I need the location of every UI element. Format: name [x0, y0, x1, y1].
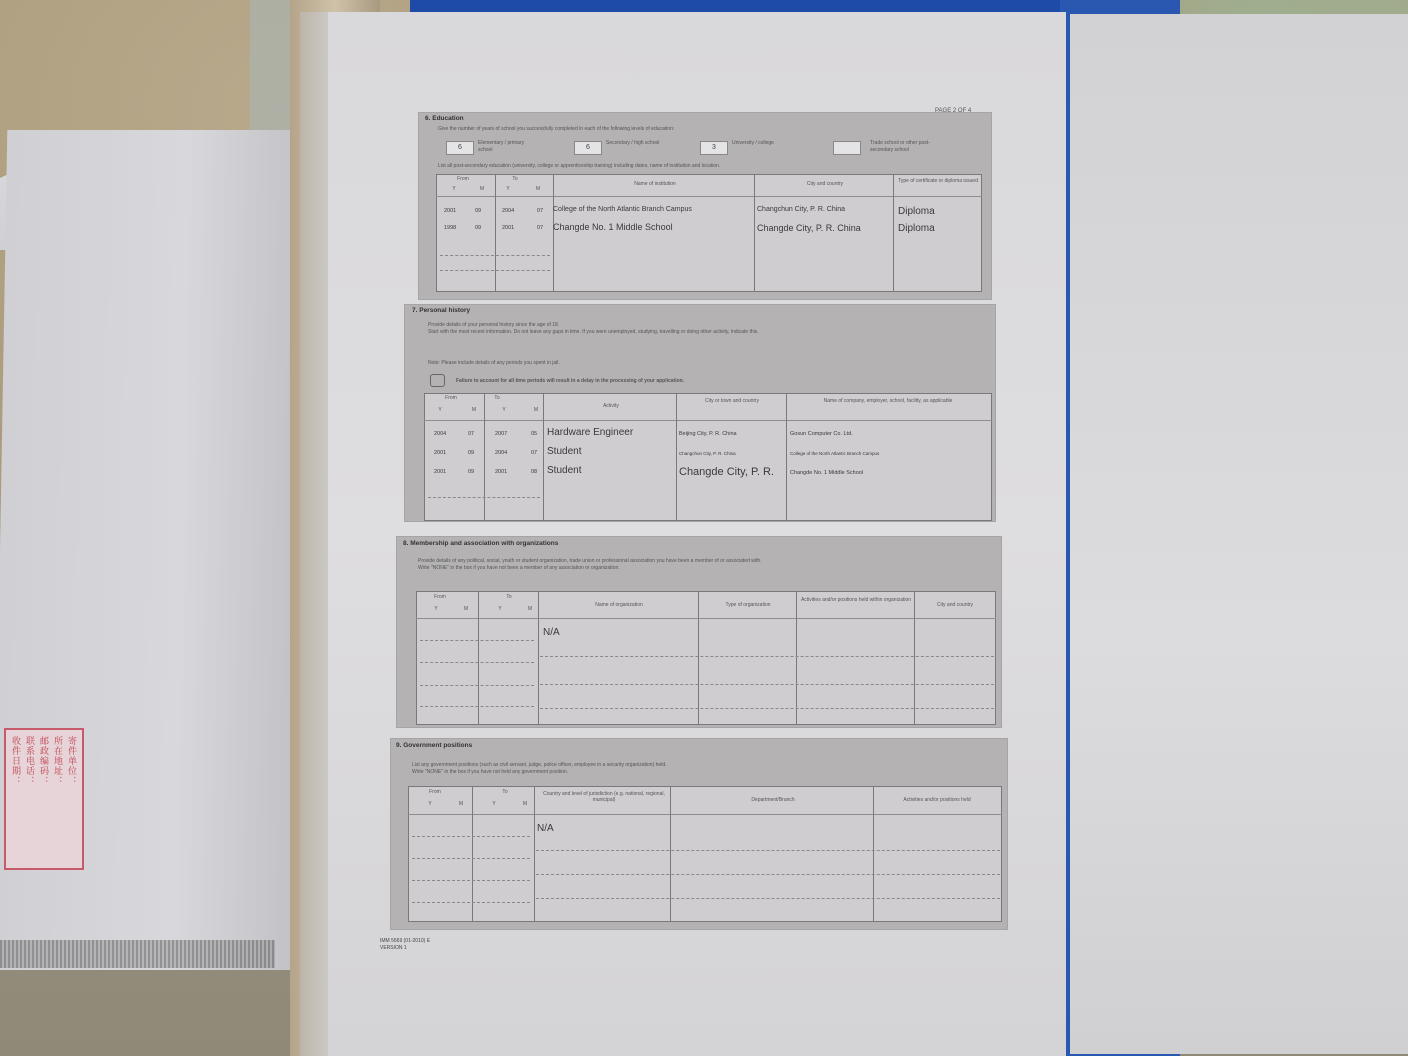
to-month[interactable]: 05 — [531, 431, 537, 437]
header-m: M — [453, 801, 469, 807]
header-company: Name of company, employer, school, facil… — [790, 398, 986, 404]
header-to: To — [500, 176, 530, 182]
certificate[interactable]: Diploma — [898, 223, 935, 234]
university-label: University / college — [732, 140, 792, 147]
certificate[interactable]: Diploma — [898, 206, 935, 217]
to-year[interactable]: 2004 — [495, 450, 507, 456]
envelope-band — [0, 940, 275, 968]
from-month[interactable]: 09 — [468, 450, 474, 456]
envelope-stamp: 收件日期： 联系电话： 邮政编码： 所在地址： 寄件单位： — [4, 728, 84, 870]
stamp-line: 所在地址： — [52, 736, 64, 862]
header-country: Country and level of jurisdiction (e.g. … — [540, 791, 668, 803]
header-m: M — [458, 606, 474, 612]
stamp-line: 寄件单位： — [66, 736, 78, 862]
stamp-line: 邮政编码： — [38, 736, 50, 862]
from-year[interactable]: 2001 — [434, 450, 446, 456]
personal-history-title: 7. Personal history — [412, 307, 470, 314]
to-month[interactable]: 08 — [531, 469, 537, 475]
header-institution: Name of institution — [560, 181, 750, 187]
activity[interactable]: Hardware Engineer — [547, 427, 633, 438]
header-m: M — [522, 606, 538, 612]
activity[interactable]: Student — [547, 446, 581, 457]
header-city: City and country — [760, 181, 890, 187]
header-from: From — [420, 789, 450, 795]
stamp-line: 收件日期： — [10, 736, 22, 862]
header-from: From — [436, 395, 466, 401]
header-department: Department/Branch — [676, 797, 870, 803]
warning-text: Failure to account for all time periods … — [456, 378, 856, 385]
form-footer: IMM 5669 (01-2010) E VERSION 1 — [380, 938, 430, 952]
university-years[interactable]: 3 — [700, 141, 728, 155]
trade-school-years[interactable] — [833, 141, 861, 155]
header-activities: Activities and/or positions held — [876, 797, 998, 803]
personal-history-intro: Provide details of your personal history… — [428, 322, 984, 336]
from-year[interactable]: 1998 — [444, 225, 456, 231]
to-year[interactable]: 2001 — [495, 469, 507, 475]
header-certificate: Type of certificate or diploma issued — [898, 178, 978, 184]
education-table-intro: List all post-secondary education (unive… — [438, 163, 938, 170]
company[interactable]: Gosun Computer Co. Ltd. — [790, 431, 853, 437]
city[interactable]: Changde City, P. R. China — [757, 223, 861, 233]
header-m: M — [466, 407, 482, 413]
elementary-years[interactable]: 6 — [446, 141, 474, 155]
secondary-years[interactable]: 6 — [574, 141, 602, 155]
header-y: Y — [432, 407, 448, 413]
education-title: 6. Education — [425, 115, 464, 122]
blue-folder-edge — [410, 0, 1130, 12]
company[interactable]: Changde No. 1 Middle School — [790, 470, 863, 476]
header-org-type: Type of organization — [702, 602, 794, 608]
header-activity: Activity — [548, 403, 674, 409]
institution[interactable]: Changde No. 1 Middle School — [553, 222, 673, 232]
government-intro: List any government positions (such as c… — [412, 762, 832, 776]
header-y: Y — [496, 407, 512, 413]
personal-history-note: Note: Please include details of any peri… — [428, 360, 728, 367]
institution[interactable]: College of the North Atlantic Branch Cam… — [553, 206, 692, 213]
to-month[interactable]: 07 — [537, 225, 543, 231]
header-m: M — [530, 186, 546, 192]
from-year[interactable]: 2001 — [444, 208, 456, 214]
from-month[interactable]: 09 — [475, 208, 481, 214]
form-version: VERSION 1 — [380, 945, 430, 952]
header-y: Y — [446, 186, 462, 192]
from-month[interactable]: 07 — [468, 431, 474, 437]
org-name[interactable]: N/A — [543, 627, 560, 638]
header-from: From — [448, 176, 478, 182]
from-month[interactable]: 09 — [475, 225, 481, 231]
warning-checkbox[interactable] — [430, 374, 445, 387]
to-year[interactable]: 2004 — [502, 208, 514, 214]
header-y: Y — [492, 606, 508, 612]
blank-sheet — [1070, 14, 1408, 1054]
company[interactable]: College of the North Atlantic Branch Cam… — [790, 451, 879, 456]
header-m: M — [474, 186, 490, 192]
to-month[interactable]: 07 — [531, 450, 537, 456]
education-intro: Give the number of years of school you s… — [438, 126, 838, 133]
header-activities: Activities and/or positions held within … — [800, 597, 912, 603]
header-m: M — [528, 407, 544, 413]
gov-country[interactable]: N/A — [537, 823, 554, 834]
memberships-intro: Provide details of any political, social… — [418, 558, 990, 572]
header-y: Y — [486, 801, 502, 807]
from-year[interactable]: 2001 — [434, 469, 446, 475]
header-m: M — [517, 801, 533, 807]
from-month[interactable]: 09 — [468, 469, 474, 475]
elementary-label: Elementary / primary school — [478, 140, 538, 154]
header-to: To — [482, 395, 512, 401]
city[interactable]: Changde City, P. R. — [679, 466, 774, 478]
header-city: City and country — [918, 602, 992, 608]
from-year[interactable]: 2004 — [434, 431, 446, 437]
header-y: Y — [500, 186, 516, 192]
city[interactable]: Beijing City, P. R. China — [679, 431, 737, 437]
stamp-line: 联系电话： — [24, 736, 36, 862]
city[interactable]: Changchun City, P. R. China — [679, 451, 736, 456]
header-y: Y — [422, 801, 438, 807]
header-y: Y — [428, 606, 444, 612]
to-year[interactable]: 2001 — [502, 225, 514, 231]
header-city: City or town and country — [680, 398, 784, 404]
form-code: IMM 5669 (01-2010) E — [380, 938, 430, 945]
government-title: 9. Government positions — [396, 742, 472, 749]
secondary-label: Secondary / high school — [606, 140, 666, 147]
city[interactable]: Changchun City, P. R. China — [757, 206, 845, 213]
header-from: From — [425, 594, 455, 600]
memberships-title: 8. Membership and association with organ… — [403, 540, 558, 547]
to-year[interactable]: 2007 — [495, 431, 507, 437]
header-to: To — [494, 594, 524, 600]
activity[interactable]: Student — [547, 465, 581, 476]
trade-school-label: Trade school or other post-secondary sch… — [870, 140, 950, 154]
header-to: To — [490, 789, 520, 795]
to-month[interactable]: 07 — [537, 208, 543, 214]
header-org-name: Name of organization — [544, 602, 694, 608]
